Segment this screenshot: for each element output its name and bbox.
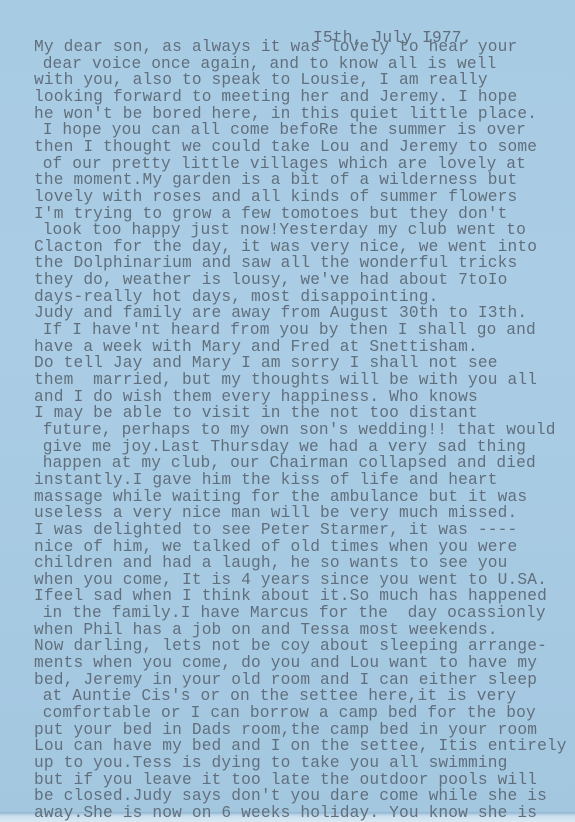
- letter-line: children and had a laugh, he so wants to…: [34, 555, 507, 572]
- letter-line: put your bed in Dads room,the camp bed i…: [34, 722, 537, 739]
- letter-line: of our pretty little villages which are …: [43, 156, 526, 173]
- letter-line: massage while waiting for the ambulance …: [34, 489, 527, 506]
- letter-line: lovely with roses and all kinds of summe…: [34, 189, 517, 206]
- letter-line: when you come, It is 4 years since you w…: [34, 572, 547, 589]
- letter-line: Now darling, lets not be coy about sleep…: [34, 638, 547, 655]
- letter-line: Judy and family are away from August 30t…: [34, 305, 527, 322]
- letter-line: give me joy.Last Thursday we had a very …: [43, 439, 526, 456]
- letter-line: happen at my club, our Chairman collapse…: [43, 455, 536, 472]
- letter-line: up to you.Tess is dying to take you all …: [34, 755, 507, 772]
- letter-line: but if you leave it too late the outdoor…: [34, 772, 537, 789]
- letter-line: future, perhaps to my own son's wedding!…: [43, 422, 556, 439]
- letter-line: look too happy just now!Yesterday my clu…: [43, 222, 526, 239]
- letter-line: away.She is now on 6 weeks holiday. You …: [34, 805, 537, 822]
- letter-line: looking forward to meeting her and Jerem…: [34, 89, 517, 106]
- letter-line: Lou can have my bed and I on the settee,…: [34, 738, 567, 755]
- letter-line: If I have'nt heard from you by then I sh…: [43, 322, 536, 339]
- letter-line: I may be able to visit in the not too di…: [34, 405, 478, 422]
- letter-line: instantly.I gave him the kiss of life an…: [34, 472, 498, 489]
- letter-line: Clacton for the day, it was very nice, w…: [34, 239, 537, 256]
- letter-line: at Auntie Cis's or on the settee here,it…: [43, 688, 516, 705]
- letter-line: be closed.Judy says don't you dare come …: [34, 788, 547, 805]
- letter-line: when Phil has a job on and Tessa most we…: [34, 622, 498, 639]
- letter-line: them married, but my thoughts will be wi…: [34, 372, 537, 389]
- letter-line: bed, Jeremy in your old room and I can e…: [34, 672, 537, 689]
- letter-line: ments when you come, do you and Lou want…: [34, 655, 537, 672]
- letter-line: comfortable or I can borrow a camp bed f…: [43, 705, 536, 722]
- letter-line: I hope you can all come befoRe the summe…: [43, 122, 526, 139]
- letter-line: have a week with Mary and Fred at Snetti…: [34, 339, 478, 356]
- letter-line: then I thought we could take Lou and Jer…: [34, 139, 537, 156]
- letter-line: the moment.My garden is a bit of a wilde…: [34, 172, 517, 189]
- letter-line: and I do wish them every happiness. Who …: [34, 389, 478, 406]
- letter-line: I was delighted to see Peter Starmer, it…: [34, 522, 517, 539]
- letter-line: the Dolphinarium and saw all the wonderf…: [34, 255, 517, 272]
- letter-line: with you, also to speak to Lousie, I am …: [34, 72, 488, 89]
- letter-line: I'm trying to grow a few tomotoes but th…: [34, 206, 507, 223]
- letter-line: Do tell Jay and Mary I am sorry I shall …: [34, 355, 498, 372]
- letter-line: days-really hot days, most disappointing…: [34, 289, 438, 306]
- letter-line: he won't be bored here, in this quiet li…: [34, 106, 537, 123]
- letter-line: in the family.I have Marcus for the day …: [43, 605, 546, 622]
- letter-line: dear voice once again, and to know all i…: [43, 56, 497, 73]
- letter-line: they do, weather is lousy, we've had abo…: [34, 272, 507, 289]
- letter-line: nice of him, we talked of old times when…: [34, 539, 517, 556]
- letter-line: My dear son, as always it was lovely to …: [34, 39, 517, 56]
- letter-line: Ifeel sad when I think about it.So much …: [34, 588, 547, 605]
- letter-line: useless a very nice man will be very muc…: [34, 505, 517, 522]
